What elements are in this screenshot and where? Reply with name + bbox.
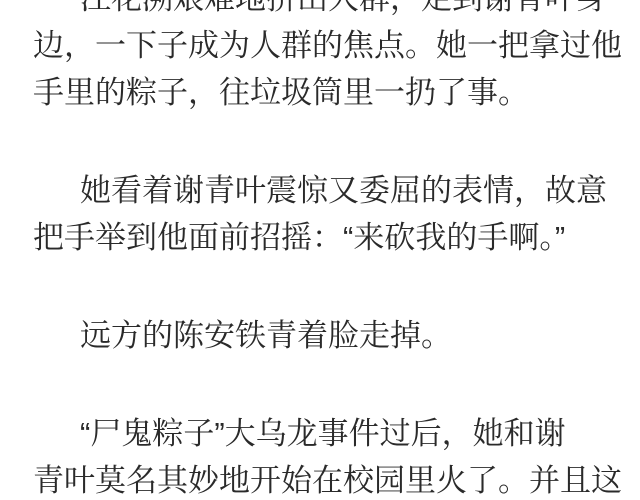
- paragraph: 远方的陈安铁青着脸走掉。: [33, 312, 630, 359]
- text-line: “尸鬼粽子”大乌龙事件过后，她和谢: [33, 410, 630, 457]
- text-line: 青叶莫名其妙地开始在校园里火了。并且这: [33, 457, 630, 500]
- reader-page: 江花溯艰难地挤出人群，走到谢青叶身边，一下子成为人群的焦点。她一把拿过他手里的粽…: [0, 0, 640, 500]
- text-line: 她看着谢青叶震惊又委屈的表情，故意: [33, 167, 630, 214]
- text-line: 远方的陈安铁青着脸走掉。: [33, 312, 630, 359]
- text-line: 手里的粽子，往垃圾筒里一扔了事。: [33, 69, 630, 116]
- paragraph: 她看着谢青叶震惊又委屈的表情，故意把手举到他面前招摇：“来砍我的手啊。”: [33, 167, 630, 261]
- paragraph: 江花溯艰难地挤出人群，走到谢青叶身边，一下子成为人群的焦点。她一把拿过他手里的粽…: [33, 0, 630, 116]
- paragraph: “尸鬼粽子”大乌龙事件过后，她和谢青叶莫名其妙地开始在校园里火了。并且这: [33, 410, 630, 500]
- text-line: 边，一下子成为人群的焦点。她一把拿过他: [33, 22, 630, 69]
- novel-text-area: 江花溯艰难地挤出人群，走到谢青叶身边，一下子成为人群的焦点。她一把拿过他手里的粽…: [0, 0, 640, 500]
- text-line: 把手举到他面前招摇：“来砍我的手啊。”: [33, 214, 630, 261]
- text-line: 江花溯艰难地挤出人群，走到谢青叶身: [33, 0, 630, 22]
